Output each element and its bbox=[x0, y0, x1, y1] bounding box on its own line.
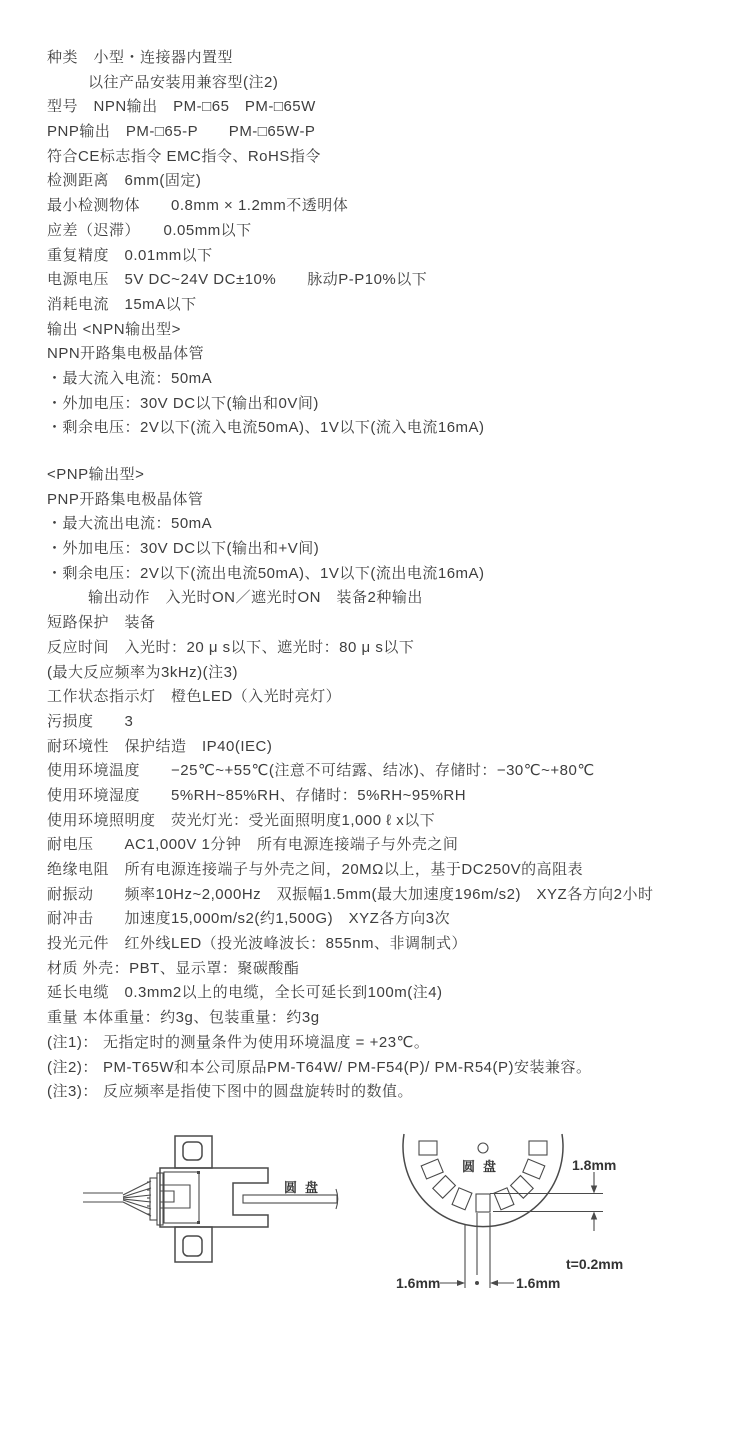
spec-line: <PNP输出型> bbox=[47, 463, 727, 488]
spec-sheet: 种类 小型・连接器内置型 以往产品安装用兼容型(注2) 型号 NPN输出 PM-… bbox=[47, 46, 727, 1105]
spec-list: 种类 小型・连接器内置型 以往产品安装用兼容型(注2) 型号 NPN输出 PM-… bbox=[47, 46, 727, 1031]
spec-line: 符合CE标志指令 EMC指令、RoHS指令 bbox=[47, 145, 727, 170]
disc-slot bbox=[419, 1141, 437, 1155]
note-text: 无指定时的测量条件为使用环境温度 = +23℃。 bbox=[103, 1031, 429, 1056]
corner-dot bbox=[197, 1221, 200, 1224]
disc-slot bbox=[523, 1159, 545, 1179]
disc-label: 圆盘 bbox=[284, 1180, 326, 1195]
spec-line: PNP开路集电极晶体管 bbox=[47, 488, 727, 513]
spec-line: 投光元件 红外线LED（投光波峰波长：855nm、非调制式） bbox=[47, 932, 727, 957]
spec-line: 耐冲击 加速度15,000m/s2(约1,500G) XYZ各方向3次 bbox=[47, 907, 727, 932]
spec-line: 消耗电流 15mA以下 bbox=[47, 293, 727, 318]
section-gap bbox=[47, 441, 727, 463]
spec-line: 输出 <NPN输出型> bbox=[47, 318, 727, 343]
spec-line: 型号 NPN输出 PM-□65 PM-□65W bbox=[47, 95, 727, 120]
spec-line: NPN开路集电极晶体管 bbox=[47, 342, 727, 367]
spec-line: 以往产品安装用兼容型(注2) bbox=[47, 71, 727, 96]
sensor-side-view-diagram: 圆盘 bbox=[70, 1125, 370, 1285]
disc-slots bbox=[419, 1141, 547, 1212]
spec-line: (最大反应频率为3kHz)(注3) bbox=[47, 661, 727, 686]
spec-line: 重复精度 0.01mm以下 bbox=[47, 244, 727, 269]
spec-line: 耐环境性 保护结造 IP40(IEC) bbox=[47, 735, 727, 760]
spec-line: 使用环境照明度 荧光灯光：受光面照明度1,000 ℓ x以下 bbox=[47, 809, 727, 834]
note-line: (注2)：PM-T65W和本公司原品PM-T64W/ PM-F54(P)/ PM… bbox=[47, 1056, 727, 1081]
thickness-label: t=0.2mm bbox=[566, 1256, 623, 1272]
disc-strip bbox=[243, 1195, 337, 1203]
connector-cavity-step bbox=[160, 1191, 174, 1202]
spec-line: 绝缘电阻 所有电源连接端子与外壳之间，20MΩ以上，基于DC250V的高阻表 bbox=[47, 858, 727, 883]
spec-line: 输出动作 入光时ON／遮光时ON 装备2种输出 bbox=[47, 586, 727, 611]
note-text: 反应频率是指使下图中的圆盘旋转时的数值。 bbox=[103, 1080, 413, 1105]
spec-line: 反应时间 入光时：20 μ s以下、遮光时：80 μ s以下 bbox=[47, 636, 727, 661]
spec-line: ・剩余电压：2V以下(流出电流50mA)、1V以下(流出电流16mA) bbox=[47, 562, 727, 587]
spec-line: 污损度 3 bbox=[47, 710, 727, 735]
dim-top-label: 1.8mm bbox=[572, 1157, 616, 1173]
spec-line: ・最大流入电流：50mA bbox=[47, 367, 727, 392]
spec-line: 电源电压 5V DC~24V DC±10% 脉动P-P10%以下 bbox=[47, 268, 727, 293]
note-line: (注3)：反应频率是指使下图中的圆盘旋转时的数值。 bbox=[47, 1080, 727, 1105]
notes: (注1)：无指定时的测量条件为使用环境温度 = +23℃。 (注2)：PM-T6… bbox=[47, 1031, 727, 1105]
disc-slot bbox=[511, 1176, 534, 1199]
dimension-slot-height: 1.8mm bbox=[490, 1157, 616, 1231]
corner-dot bbox=[197, 1171, 200, 1174]
note-label: (注2)： bbox=[47, 1056, 103, 1081]
spec-line: 延长电缆 0.3mm2以上的电缆，全长可延长到100m(注4) bbox=[47, 981, 727, 1006]
spec-line: 工作状态指示灯 橙色LED（入光时亮灯） bbox=[47, 685, 727, 710]
disc-slot bbox=[529, 1141, 547, 1155]
spec-line: 最小检测物体 0.8mm × 1.2mm不透明体 bbox=[47, 194, 727, 219]
sensor-body-outline bbox=[160, 1168, 268, 1227]
spec-line: ・最大流出电流：50mA bbox=[47, 512, 727, 537]
spec-line: 耐振动 频率10Hz~2,000Hz 双振幅1.5mm(最大加速度196m/s2… bbox=[47, 883, 727, 908]
note-label: (注1)： bbox=[47, 1031, 103, 1056]
dim-left-label: 1.6mm bbox=[396, 1275, 440, 1291]
spec-line: ・外加电压：30V DC以下(输出和0V间) bbox=[47, 392, 727, 417]
disc-center-hole bbox=[478, 1143, 488, 1153]
spec-line: 重量 本体重量：约3g、包装重量：约3g bbox=[47, 1006, 727, 1031]
spec-line: ・剩余电压：2V以下(流入电流50mA)、1V以下(流入电流16mA) bbox=[47, 416, 727, 441]
spec-line: 应差（迟滞） 0.05mm以下 bbox=[47, 219, 727, 244]
dim-right-label: 1.6mm bbox=[516, 1275, 560, 1291]
disc-slot bbox=[452, 1188, 472, 1210]
note-text: PM-T65W和本公司原品PM-T64W/ PM-F54(P)/ PM-R54(… bbox=[103, 1056, 592, 1081]
disc-outline bbox=[403, 1134, 563, 1227]
note-line: (注1)：无指定时的测量条件为使用环境温度 = +23℃。 bbox=[47, 1031, 727, 1056]
inner-housing bbox=[164, 1172, 199, 1223]
spec-line: 使用环境温度 −25℃~+55℃(注意不可结露、结冰)、存储时：−30℃~+80… bbox=[47, 759, 727, 784]
spec-line: 耐电压 AC1,000V 1分钟 所有电源连接端子与外壳之间 bbox=[47, 833, 727, 858]
cable-lines bbox=[83, 1181, 151, 1216]
disc-slot bbox=[421, 1159, 443, 1179]
spec-line: PNP输出 PM-□65-P PM-□65W-P bbox=[47, 120, 727, 145]
spec-line: 使用环境湿度 5%RH~85%RH、存储时：5%RH~95%RH bbox=[47, 784, 727, 809]
spec-line: 短路保护 装备 bbox=[47, 611, 727, 636]
note-label: (注3)： bbox=[47, 1080, 103, 1105]
disc-label: 圆盘 bbox=[462, 1159, 504, 1174]
mounting-tab-bottom bbox=[175, 1227, 212, 1262]
disc-slot bbox=[476, 1194, 490, 1212]
spec-line: 材质 外壳：PBT、显示罩：聚碳酸酯 bbox=[47, 957, 727, 982]
spec-line: ・外加电压：30V DC以下(输出和+V间) bbox=[47, 537, 727, 562]
encoder-disc-diagram: 圆盘 1.8mm t=0.2mm bbox=[390, 1125, 680, 1300]
dimension-slot-width: 1.6mm 1.6mm bbox=[396, 1213, 560, 1291]
disc-slot bbox=[494, 1188, 514, 1210]
spec-line: 检测距离 6mm(固定) bbox=[47, 169, 727, 194]
mounting-tab-top bbox=[175, 1136, 212, 1168]
spec-line: 种类 小型・连接器内置型 bbox=[47, 46, 727, 71]
disc-slot bbox=[433, 1176, 456, 1199]
